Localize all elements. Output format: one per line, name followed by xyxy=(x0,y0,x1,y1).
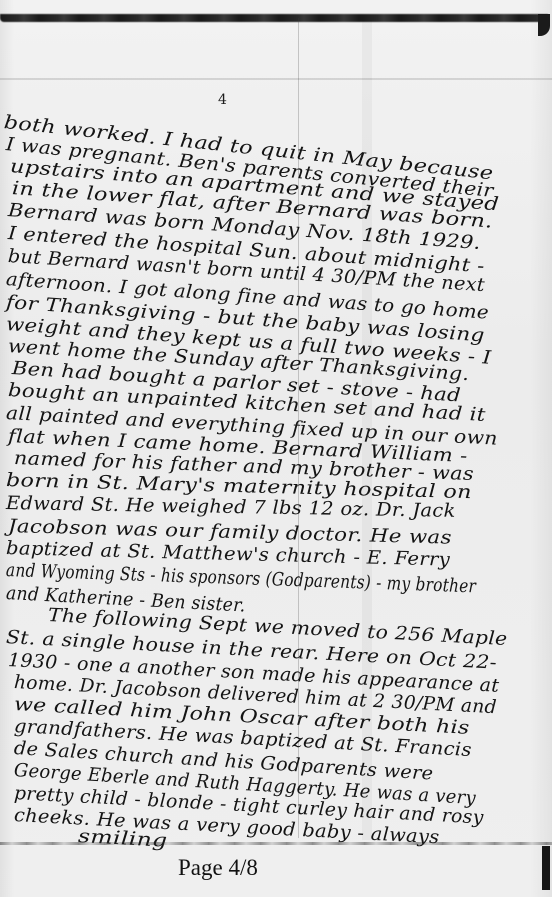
scan-bottom-edge xyxy=(0,842,552,845)
scanned-document-page: 4 both worked. I had to quit in May beca… xyxy=(0,0,552,897)
handwritten-text-body: both worked. I had to quit in May becaus… xyxy=(0,0,552,897)
page-footer: Page 4/8 xyxy=(178,855,258,881)
handwritten-line: smiling xyxy=(77,826,168,852)
scan-bottom-right-mark xyxy=(542,846,550,890)
